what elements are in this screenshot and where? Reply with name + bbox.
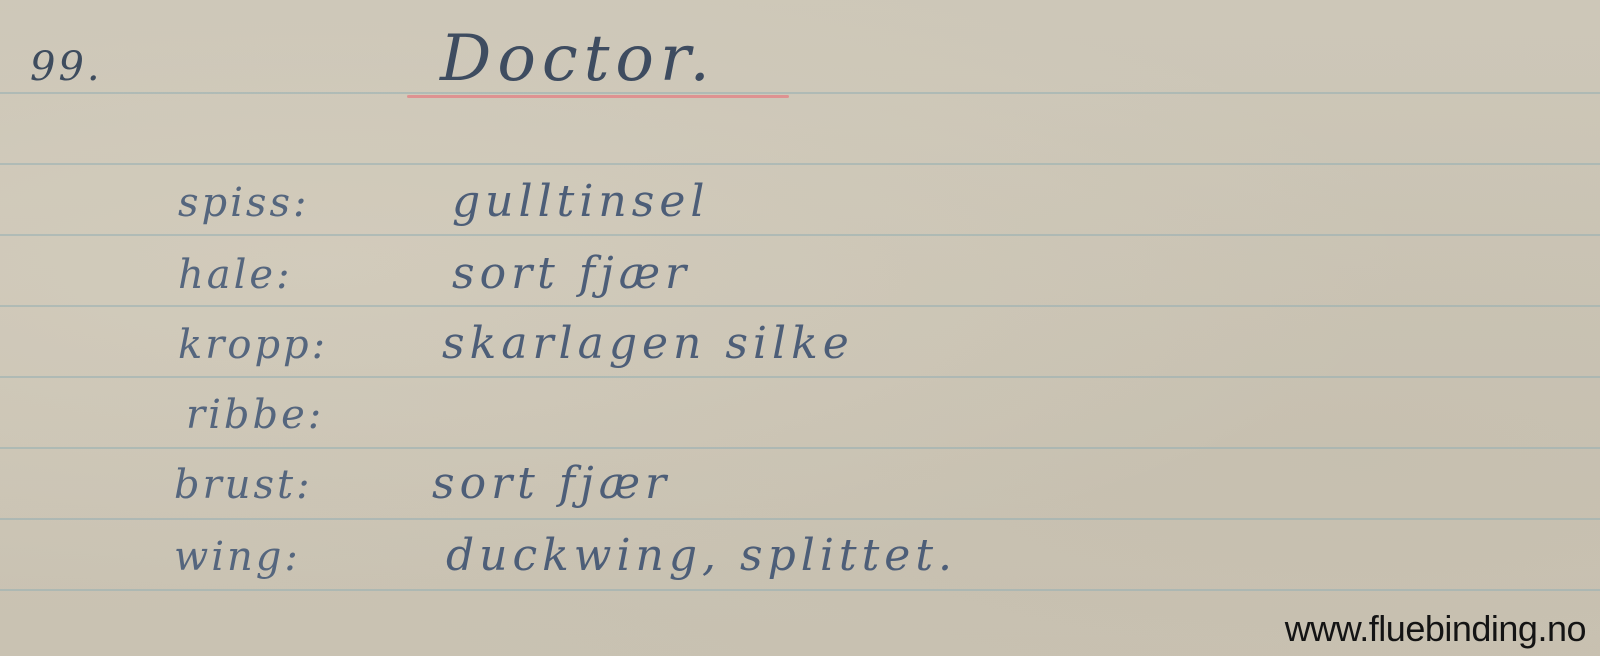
page-title: Doctor. (440, 22, 716, 96)
ruled-line (0, 305, 1600, 307)
row-value-wing: duckwing, splittet. (446, 530, 957, 581)
row-value-hale: sort fjær (452, 248, 691, 299)
row-label-ribbe: ribbe: (186, 392, 324, 438)
entry-number: 99. (30, 44, 103, 90)
notebook-page: 99. Doctor. spiss: gulltinsel hale: sort… (0, 0, 1600, 656)
watermark-url: www.fluebinding.no (1285, 608, 1586, 650)
ruled-line (0, 376, 1600, 378)
ruled-line (0, 589, 1600, 591)
ruled-line (0, 518, 1600, 520)
ruled-line (0, 234, 1600, 236)
ruled-line (0, 447, 1600, 449)
row-label-kropp: kropp: (178, 322, 328, 368)
row-value-brust: sort fjær (432, 458, 671, 509)
ruled-line (0, 92, 1600, 94)
row-label-hale: hale: (178, 252, 293, 298)
row-label-spiss: spiss: (178, 180, 309, 226)
row-label-wing: wing: (174, 534, 301, 580)
row-label-brust: brust: (174, 462, 313, 508)
row-value-kropp: skarlagen silke (442, 318, 854, 369)
ruled-line (0, 163, 1600, 165)
row-value-spiss: gulltinsel (452, 176, 709, 227)
title-underline (407, 95, 789, 98)
